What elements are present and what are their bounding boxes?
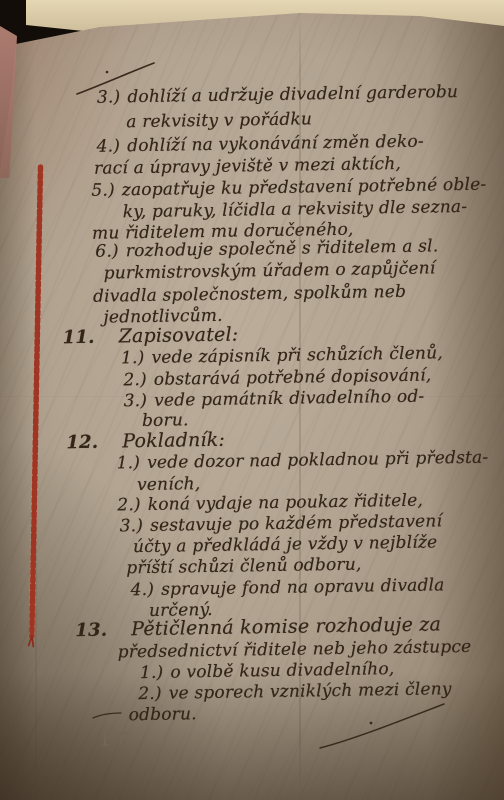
line-number: 2.) [138,684,162,704]
line-text: rozhoduje společně s řiditelem a sl. [126,236,439,261]
manuscript-line: 1.)o volbě kusu divadelního, [140,659,395,683]
manuscript-text: 3.)dohlíží a udržuje divadelní garderobu… [0,0,504,800]
line-number: 3.) [97,87,121,107]
section-number: 13. [75,620,107,641]
line-number: 3.) [120,516,144,536]
manuscript-line: veních, [137,474,201,495]
line-text: vede zápisník při schůzích členů, [151,343,443,368]
line-text: o volbě kusu divadelního, [170,659,394,683]
manuscript-line: 4.)spravuje fond na opravu divadla [131,575,445,600]
line-number: 4.) [97,136,121,156]
line-text: a rekvisity v pořádku [126,109,312,132]
manuscript-line: boru. [142,410,189,431]
line-text: vede památník divadelního od- [154,387,425,411]
line-number: 6.) [95,241,119,261]
line-number: 1.) [140,663,164,683]
manuscript-line: 4.)dohlíží na vykonávání změn deko- [97,132,424,157]
line-text: veních, [137,474,201,495]
manuscript-line: rací a úpravy jeviště v mezi aktích, [94,154,401,179]
line-text: příští schůzi členů odboru, [126,555,362,579]
line-number: 3.) [124,391,148,411]
section-title: Pokladník: [122,429,225,453]
scanned-manuscript-photo: 3.)dohlíží a udržuje divadelní garderobu… [0,0,504,800]
section-heading: 13.Pětičlenná komise rozhoduje za [75,613,441,641]
manuscript-line: 6.)rozhoduje společně s řiditelem a sl. [95,236,438,261]
manuscript-line: ky, paruky, líčidla a rekvisity dle sezn… [123,197,468,222]
manuscript-line: divadla společnostem, spolkům neb [93,282,406,307]
line-text: ve sporech vzniklých mezi členy [169,679,452,703]
section-title: Zapisovatel: [118,324,238,348]
line-number: 1.) [121,348,145,368]
line-text: odboru. [128,704,196,725]
manuscript-line: 2.)ve sporech vzniklých mezi členy [138,679,452,704]
line-text: purkmistrovským úřadem o zapůjčení [104,258,436,283]
manuscript-line: 3.)vede památník divadelního od- [124,387,425,412]
line-text: dohlíží a udržuje divadelní garderobu [127,82,458,107]
manuscript-line: purkmistrovským úřadem o zapůjčení [104,258,436,283]
manuscript-line: příští schůzi členů odboru, [126,555,362,579]
line-text: divadla společnostem, spolkům neb [93,282,406,307]
line-text: vede dozor nad pokladnou při předsta- [147,448,489,473]
section-heading: 11.Zapisovatel: [63,324,239,349]
manuscript-line: 1.)vede zápisník při schůzích členů, [121,343,443,368]
line-text: spravuje fond na opravu divadla [161,575,445,599]
line-number: 1.) [117,453,141,473]
line-text: boru. [142,410,189,431]
pencil-note: Fr [100,725,130,753]
line-number: 4.) [131,580,155,600]
line-number: 2.) [123,370,147,390]
manuscript-line: předsednictví řiditele neb jeho zástupce [117,637,471,663]
section-heading: 12.Pokladník: [66,429,225,453]
line-number: 5.) [91,180,115,200]
line-text: předsednictví řiditele neb jeho zástupce [117,637,471,663]
line-text: ky, paruky, líčidla a rekvisity dle sezn… [123,197,468,222]
line-number: 2.) [117,495,141,515]
manuscript-line: a rekvisity v pořádku [126,109,312,132]
section-number: 11. [63,327,95,348]
line-text: rací a úpravy jeviště v mezi aktích, [94,154,401,179]
manuscript-line: odboru. [128,704,196,725]
manuscript-line: účty a předkládá je vždy v nejblíže [133,532,438,557]
section-title: Pětičlenná komise rozhoduje za [131,613,441,640]
manuscript-line: 3.)dohlíží a udržuje divadelní garderobu [97,82,459,108]
line-text: dohlíží na vykonávání změn deko- [127,132,424,157]
section-number: 12. [66,432,98,453]
line-text: účty a předkládá je vždy v nejblíže [133,532,438,557]
